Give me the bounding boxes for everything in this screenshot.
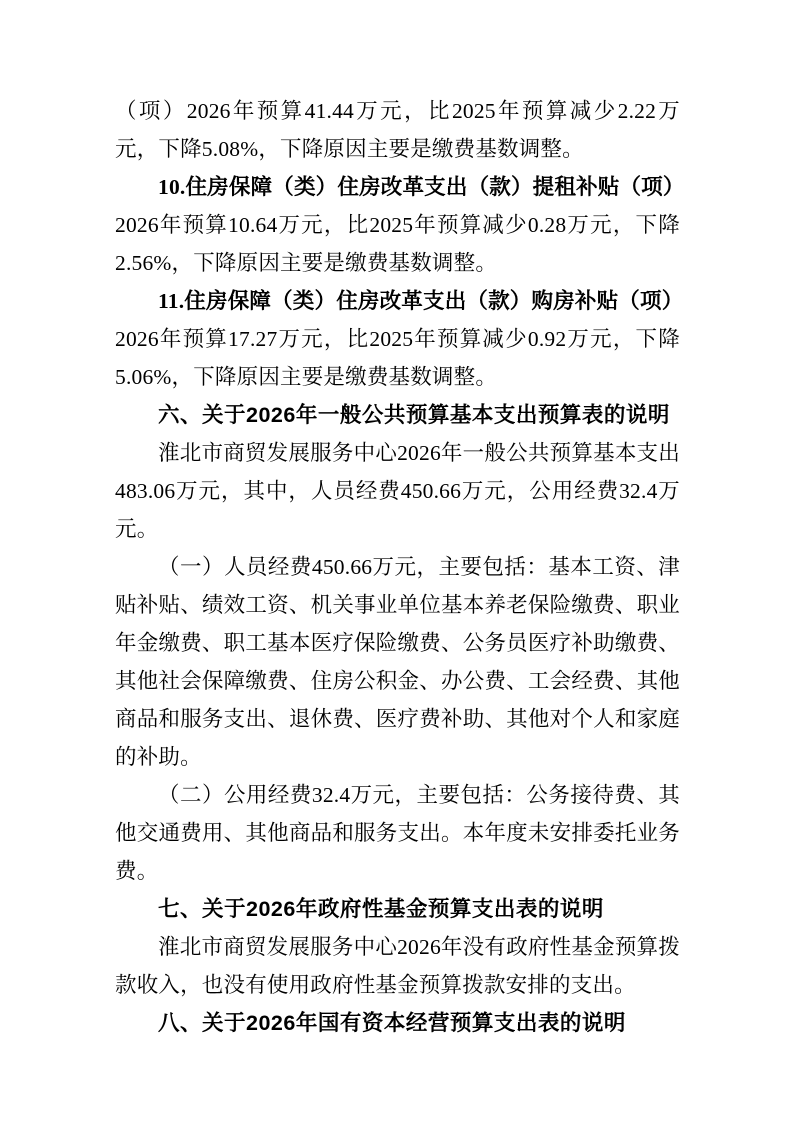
para-section-seven-body: 淮北市商贸发展服务中心2026年没有政府性基金预算拨款收入，也没有使用政府性基金…: [115, 928, 680, 1004]
item11-heading: 11.住房保障（类）住房改革支出（款）购房补贴（项）: [158, 289, 683, 313]
heading-section-seven: 七、关于2026年政府性基金预算支出表的说明: [115, 890, 680, 928]
heading-section-eight: 八、关于2026年国有资本经营预算支出表的说明: [115, 1004, 680, 1042]
para-item11: 11.住房保障（类）住房改革支出（款）购房补贴（项）2026年预算17.27万元…: [115, 282, 680, 396]
item11-body-text: 2026年预算17.27万元，比2025年预算减少0.92万元，下降5.06%，…: [115, 327, 680, 389]
document-body: （项）2026年预算41.44万元，比2025年预算减少2.22万元，下降5.0…: [115, 92, 680, 1042]
para-section-six-total: 淮北市商贸发展服务中心2026年一般公共预算基本支出483.06万元，其中，人员…: [115, 434, 680, 548]
heading-section-six: 六、关于2026年一般公共预算基本支出预算表的说明: [115, 396, 680, 434]
para-item9-continuation: （项）2026年预算41.44万元，比2025年预算减少2.22万元，下降5.0…: [115, 92, 680, 168]
para-personnel-expense: （一）人员经费450.66万元，主要包括：基本工资、津贴补贴、绩效工资、机关事业…: [115, 548, 680, 776]
para-item10: 10.住房保障（类）住房改革支出（款）提租补贴（项）2026年预算10.64万元…: [115, 168, 680, 282]
para-personnel-expense-text: （一）人员经费450.66万元，主要包括：基本工资、津贴补贴、绩效工资、机关事业…: [115, 555, 680, 769]
para-item9-continuation-text: （项）2026年预算41.44万元，比2025年预算减少2.22万元，下降5.0…: [115, 99, 680, 161]
para-public-expense: （二）公用经费32.4万元，主要包括：公务接待费、其他交通费用、其他商品和服务支…: [115, 776, 680, 890]
item10-body-text: 2026年预算10.64万元，比2025年预算减少0.28万元，下降2.56%，…: [115, 213, 680, 275]
heading-section-seven-text: 七、关于2026年政府性基金预算支出表的说明: [158, 897, 604, 921]
para-public-expense-text: （二）公用经费32.4万元，主要包括：公务接待费、其他交通费用、其他商品和服务支…: [115, 783, 680, 883]
item10-heading: 10.住房保障（类）住房改革支出（款）提租补贴（项）: [158, 175, 685, 199]
heading-section-six-text: 六、关于2026年一般公共预算基本支出预算表的说明: [158, 403, 670, 427]
heading-section-eight-text: 八、关于2026年国有资本经营预算支出表的说明: [158, 1011, 626, 1035]
para-section-seven-body-text: 淮北市商贸发展服务中心2026年没有政府性基金预算拨款收入，也没有使用政府性基金…: [115, 935, 680, 997]
para-section-six-total-text: 淮北市商贸发展服务中心2026年一般公共预算基本支出483.06万元，其中，人员…: [115, 441, 680, 541]
document-page: （项）2026年预算41.44万元，比2025年预算减少2.22万元，下降5.0…: [0, 0, 793, 1122]
